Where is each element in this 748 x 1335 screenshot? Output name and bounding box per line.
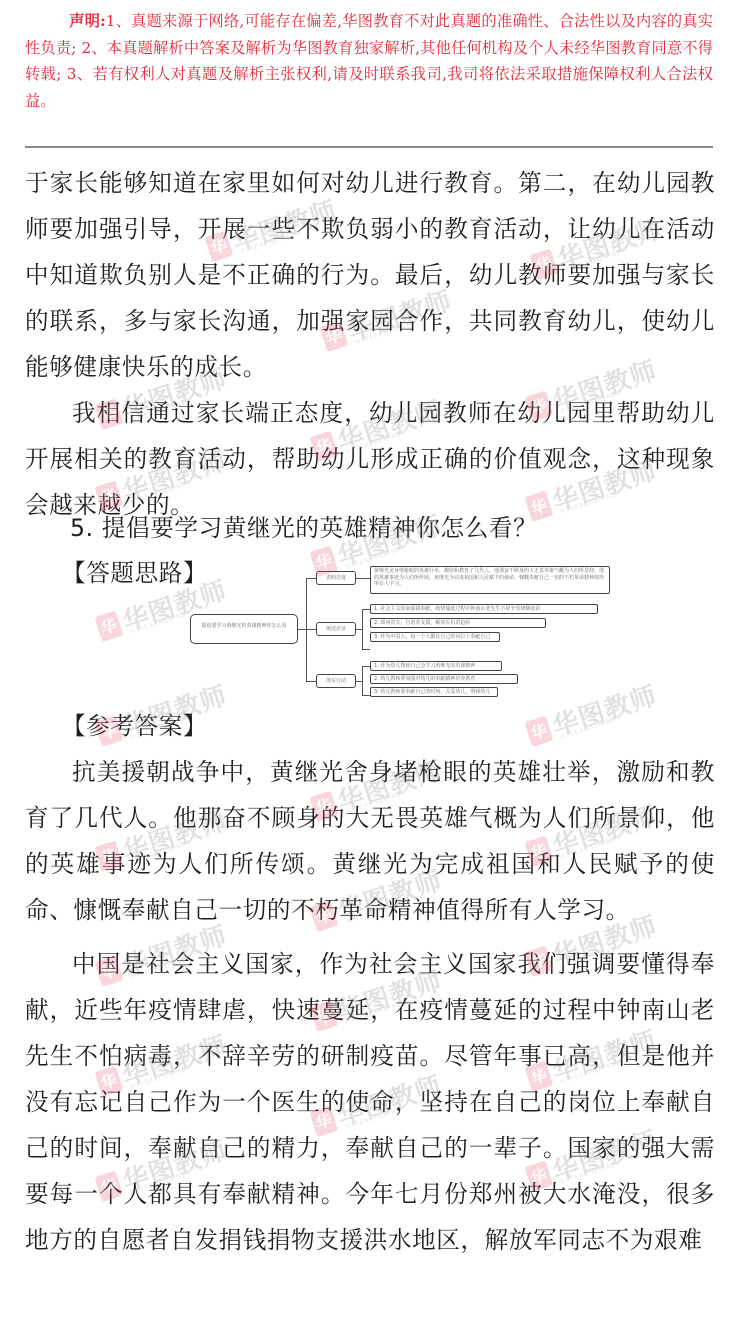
connector [356,578,370,579]
thinking-heading: 【答题思路】 [62,550,207,596]
header-divider [25,146,713,148]
reference-answer-para-1: 抗美援朝战争中，黄继光舍身堵枪眼的英雄壮举，激励和教育了几代人。他那奋不顾身的大… [25,749,715,933]
answer-heading: 【参考答案】 [62,703,207,749]
reference-answer-para-2: 中国是社会主义国家，作为社会主义国家我们强调要懂得奉献，近些年疫情肆虐，快速蔓延… [25,941,715,1263]
connector [362,649,370,650]
connector [362,609,370,610]
connector [362,695,370,696]
connector [362,666,363,695]
watermark-logo-icon: 华 [94,610,123,642]
mindmap-leaf: 黄继光舍身堵枪眼的英雄壮举，激励和教育了几代人。他那奋不顾身的大无畏英雄气概为人… [370,566,610,594]
mindmap-leaf: 2. 郑州洪灾，自愿者支援，解放军抗洪抢险 [370,618,546,628]
mindmap-leaf: 3. 作为中国人，每一个人都在自己的岗位上奉献自己 [370,632,500,642]
connector [362,609,363,649]
mindmap-root: 提倡要学习黄继光的英雄精神你怎么看 [190,614,298,644]
connector [306,681,316,682]
mindmap-branch-3: 落实行动 [316,674,356,688]
disclaimer: 声明:1、真题来源于网络,可能存在偏差,华图教育不对此真题的准确性、合法性以及内… [25,8,713,114]
mindmap-diagram: 提倡要学习黄继光的英雄精神你怎么看 表明态度 阐述论证 落实行动 黄继光舍身堵枪… [188,566,618,692]
reference-answer: 抗美援朝战争中，黄继光舍身堵枪眼的英雄壮举，激励和教育了几代人。他那奋不顾身的大… [25,749,715,1263]
watermark-logo-icon: 华 [524,715,553,747]
disclaimer-text: 1、真题来源于网络,可能存在偏差,华图教育不对此真题的准确性、合法性以及内容的真… [25,12,713,110]
mindmap-leaf: 2. 幼儿教师要加强对幼儿的奉献精神培养教育 [370,674,518,684]
mindmap-leaf: 1. 作为幼儿教师自己会学习黄继光的英雄精神 [370,661,502,671]
mindmap-leaf: 1. 社会主义国家强调奉献，疫情蔓延过程中钟南山老先生不辞辛劳研制疫苗 [370,604,598,614]
mindmap-branch-2: 阐述论证 [316,622,356,636]
connector [298,629,306,630]
connector [362,666,370,667]
previous-answer: 于家长能够知道在家里如何对幼儿进行教育。第二，在幼儿园教师要加强引导，开展一些不… [25,160,715,528]
disclaimer-lead: 声明: [69,12,106,30]
connector [306,578,316,579]
mindmap-leaf: 3. 幼儿教师要奉献自己的时间，关爱幼儿，照顾幼儿 [370,687,498,697]
question-title: 5. 提倡要学习黄继光的英雄精神你怎么看？ [70,505,537,551]
previous-answer-para-1: 于家长能够知道在家里如何对幼儿进行教育。第二，在幼儿园教师要加强引导，开展一些不… [25,160,715,390]
connector [306,629,316,630]
mindmap-branch-1: 表明态度 [316,571,356,585]
